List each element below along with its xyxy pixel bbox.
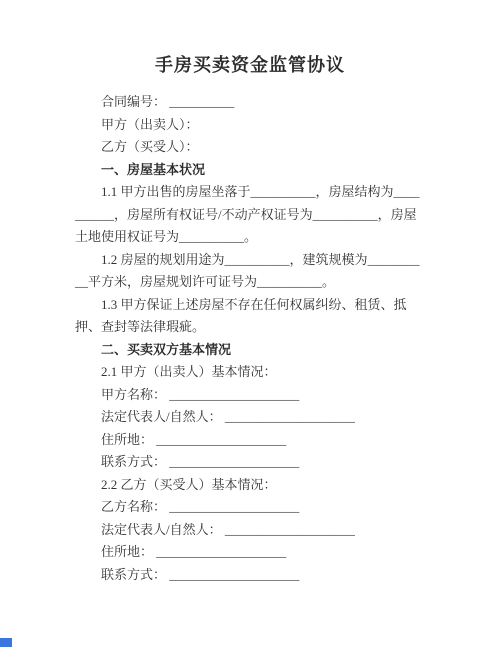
document-title: 手房买卖资金监管协议 xyxy=(75,50,425,80)
form-field-line: 法定代表人/自然人： ____________________ xyxy=(75,519,425,542)
clause-paragraph: 1.3 甲方保证上述房屋不存在任何权属纠纷、租赁、抵押、查封等法律瑕疵。 xyxy=(75,294,425,339)
section-heading: 二、买卖双方基本情况 xyxy=(75,339,425,362)
form-field-line: 住所地： ____________________ xyxy=(75,429,425,452)
section-heading: 一、房屋基本状况 xyxy=(75,159,425,182)
form-field-line: 联系方式： ____________________ xyxy=(75,451,425,474)
form-field-line: 甲方名称： ____________________ xyxy=(75,384,425,407)
form-field-line: 联系方式： ____________________ xyxy=(75,564,425,587)
form-field-line: 法定代表人/自然人： ____________________ xyxy=(75,406,425,429)
form-field-line: 住所地： ____________________ xyxy=(75,541,425,564)
clause-paragraph: 1.1 甲方出售的房屋坐落于__________，房屋结构为__________… xyxy=(75,181,425,249)
document-page: 手房买卖资金监管协议 合同编号： __________甲方（出卖人）：乙方（买受… xyxy=(0,0,500,647)
form-field-line: 甲方（出卖人）： xyxy=(75,114,425,137)
form-field-line: 乙方（买受人）： xyxy=(75,136,425,159)
form-field-line: 乙方名称： ____________________ xyxy=(75,496,425,519)
clause-paragraph: 1.2 房屋的规划用途为__________，建筑规模为__________平方… xyxy=(75,249,425,294)
clause-paragraph: 2.1 甲方（出卖人）基本情况： xyxy=(75,361,425,384)
blue-corner-marker xyxy=(0,638,12,647)
document-body: 合同编号： __________甲方（出卖人）：乙方（买受人）：一、房屋基本状况… xyxy=(75,91,425,586)
clause-paragraph: 2.2 乙方（买受人）基本情况： xyxy=(75,474,425,497)
form-field-line: 合同编号： __________ xyxy=(75,91,425,114)
